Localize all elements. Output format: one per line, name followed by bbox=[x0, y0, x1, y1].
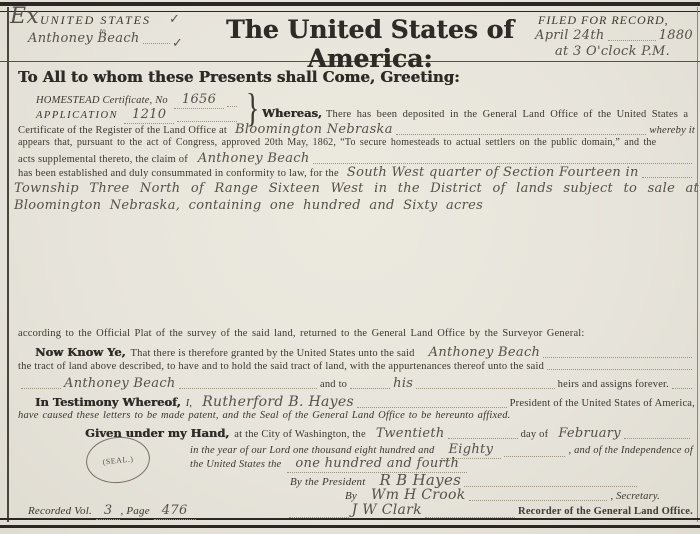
fill-line bbox=[547, 368, 692, 370]
grant-text-2: the tract of land above described, to ha… bbox=[18, 361, 544, 372]
land-office-location: Bloomington Nebraska bbox=[235, 122, 393, 137]
whereas-lead: Whereas, bbox=[262, 106, 322, 120]
whereas-line-2: Certificate of the Register of the Land … bbox=[18, 122, 695, 137]
grant-heirs-text: heirs and assigns forever. bbox=[558, 379, 669, 390]
by-label: By bbox=[345, 490, 357, 502]
greeting-heading: To All to whom these Presents shall Come… bbox=[18, 68, 460, 86]
seal-label: (SEAL.) bbox=[102, 454, 134, 466]
grantee-pronoun: his bbox=[393, 376, 413, 391]
whereas-text-2-end: whereby it bbox=[649, 125, 695, 136]
grant-line-3: Anthoney Beach and to his heirs and assi… bbox=[18, 376, 695, 391]
grant-and-to-label: and to bbox=[320, 379, 347, 390]
whereas-text-2: Certificate of the Register of the Land … bbox=[18, 125, 227, 136]
recorded-vol-label: Recorded Vol. bbox=[28, 505, 92, 517]
recorded-vol-number: 3 bbox=[96, 503, 121, 520]
fill-line bbox=[143, 42, 170, 44]
left-border-rule bbox=[7, 7, 9, 522]
check-mark-icon: ✓ bbox=[172, 35, 183, 51]
plat-survey-line: according to the Official Plat of the su… bbox=[18, 328, 585, 339]
given-line-1: Given under my Hand, at the City of Wash… bbox=[85, 426, 693, 441]
fill-line bbox=[21, 387, 61, 389]
filed-for-record-label: FILED FOR RECORD, bbox=[538, 13, 669, 28]
fill-line bbox=[425, 516, 515, 518]
whereas-text-3: appears that, pursuant to the act of Con… bbox=[18, 137, 656, 148]
fill-line bbox=[642, 176, 692, 178]
land-office-seal: (SEAL.) bbox=[84, 434, 152, 486]
testimony-president-title: President of the United States of Americ… bbox=[510, 398, 695, 409]
grantee-name-1: Anthoney Beach bbox=[429, 345, 541, 360]
homestead-certificate-label: HOMESTEAD Certificate, No bbox=[36, 95, 168, 106]
whereas-line-4: acts supplemental thereto, the claim of … bbox=[18, 151, 695, 166]
secretary-signature: Wm H Crook bbox=[371, 487, 466, 503]
party-claimant-name: Anthoney Beach bbox=[28, 31, 140, 46]
whereas-line-5: has been established and duly consummate… bbox=[18, 165, 695, 180]
recorded-page-number: 476 bbox=[154, 503, 196, 520]
given-text-2: in the year of our Lord one thousand eig… bbox=[190, 445, 435, 456]
whereas-line-3: appears that, pursuant to the act of Con… bbox=[18, 137, 695, 148]
filed-date: April 24th bbox=[535, 28, 605, 43]
fill-line bbox=[416, 387, 554, 389]
whereas-text-1: There has been deposited in the General … bbox=[326, 109, 688, 120]
filed-time: at 3 O'clock P.M. bbox=[555, 44, 670, 59]
given-month: February bbox=[558, 426, 621, 441]
whereas-line-1: Whereas, There has been deposited in the… bbox=[262, 106, 693, 120]
fill-line bbox=[448, 437, 518, 439]
given-text-3: the United States the bbox=[190, 459, 281, 470]
fill-line bbox=[289, 516, 349, 518]
testimony-line-1: In Testimony Whereof, I, Rutherford B. H… bbox=[35, 394, 695, 410]
grant-line-1: Now Know Ye, That there is therefore gra… bbox=[35, 345, 695, 360]
testimony-line-2: have caused these letters to be made pat… bbox=[18, 410, 510, 421]
recorded-row: Recorded Vol. 3 , Page 476 J W Clark Rec… bbox=[28, 502, 693, 520]
grant-text-1: That there is therefore granted by the U… bbox=[131, 348, 415, 359]
ex-flourish-mark: Ex bbox=[10, 4, 39, 29]
claimant-name: Anthoney Beach bbox=[198, 151, 310, 166]
fill-line bbox=[543, 356, 692, 358]
land-patent-document: Ex UNITED STATES to Anthoney Beach ✓ ✓ T… bbox=[0, 0, 700, 534]
fill-line bbox=[396, 133, 647, 135]
fill-line bbox=[672, 387, 692, 389]
fill-line bbox=[179, 387, 317, 389]
secretary-label: , Secretary. bbox=[610, 491, 660, 502]
fill-line bbox=[313, 162, 693, 164]
given-text-1: at the City of Washington, the bbox=[234, 429, 366, 440]
application-label: APPLICATION bbox=[36, 110, 118, 121]
fill-line bbox=[350, 387, 390, 389]
fill-line bbox=[357, 406, 507, 408]
document-title: The United States of America: bbox=[205, 15, 535, 73]
recorder-label: Recorder of the General Land Office. bbox=[518, 506, 693, 517]
whereas-text-5: has been established and duly consummate… bbox=[18, 168, 339, 179]
check-mark-icon: ✓ bbox=[169, 11, 180, 27]
right-border-rule bbox=[697, 7, 698, 522]
filed-date-row: April 24th 1880 bbox=[535, 28, 693, 43]
land-description-1: South West quarter of Section Fourteen i… bbox=[347, 165, 639, 180]
given-day: Twentieth bbox=[376, 426, 445, 441]
fill-line bbox=[469, 499, 608, 501]
in-testimony-lead: In Testimony Whereof, bbox=[35, 395, 181, 409]
now-know-ye-lead: Now Know Ye, bbox=[35, 345, 126, 359]
party-claimant-row: Anthoney Beach bbox=[28, 31, 173, 46]
fill-line bbox=[624, 437, 690, 439]
fill-line bbox=[608, 39, 656, 41]
party-united-states: UNITED STATES bbox=[40, 13, 151, 28]
president-name-handwritten: Rutherford B. Hayes bbox=[202, 394, 354, 410]
recorded-page-label: , Page bbox=[120, 505, 149, 517]
secretary-signature-row: By Wm H Crook , Secretary. bbox=[345, 487, 660, 503]
top-border-rule bbox=[0, 2, 700, 12]
grantee-name-2: Anthoney Beach bbox=[64, 376, 176, 391]
land-description-3: Bloomington Nebraska, containing one hun… bbox=[14, 198, 483, 213]
whereas-text-4: acts supplemental thereto, the claim of bbox=[18, 154, 188, 165]
grant-line-2: the tract of land above described, to ha… bbox=[18, 361, 695, 372]
filed-year: 1880 bbox=[659, 28, 693, 43]
given-day-of-label: day of bbox=[521, 429, 549, 440]
land-description-2: Township Three North of Range Sixteen We… bbox=[14, 181, 699, 196]
testimony-i-label: I, bbox=[186, 398, 193, 409]
recorder-signature: J W Clark bbox=[352, 502, 422, 518]
given-text-2-end: , and of the Independence of bbox=[568, 445, 693, 456]
